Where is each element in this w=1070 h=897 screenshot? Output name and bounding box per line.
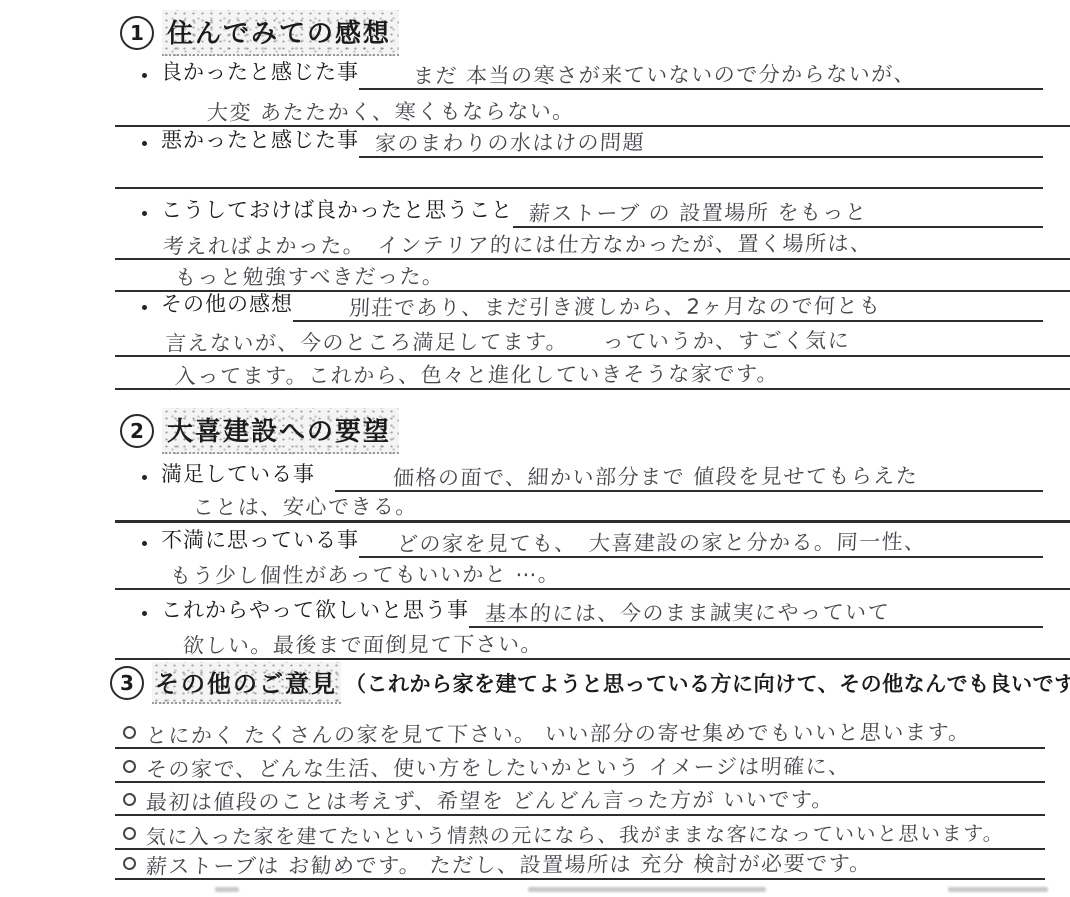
question-row-dissatisfied: 不満に思っている事 どの家を見ても、 大喜建設の家と分かる。同一性、: [140, 524, 1043, 558]
scanned-questionnaire-page: 1 住んでみての感想 良かったと感じた事 まだ 本当の寒さが来ていないので分から…: [0, 0, 1070, 897]
answer-rule: 家のまわりの水はけの問題: [359, 124, 1043, 158]
handwritten-answer: もっと勉強すべきだった。: [174, 265, 445, 288]
handwritten-answer: まだ 本当の寒さが来ていないので分からないが、: [412, 63, 916, 87]
handwritten-answer: 家のまわりの水はけの問題: [374, 131, 645, 154]
opinion-line: 最初は値段のことは考えず、希望を どんどん言った方が いいです。: [115, 779, 1045, 816]
question-label: その他の感想: [161, 288, 293, 322]
answer-rule: まだ 本当の寒さが来ていないので分からないが、: [359, 56, 1043, 90]
question-label: 良かったと感じた事: [161, 56, 359, 90]
section-1-title: 住んでみての感想: [162, 10, 399, 56]
handwritten-answer: どの家を見ても、 大喜建設の家と分かる。同一性、: [396, 531, 927, 555]
circled-number-icon: 2: [120, 414, 154, 448]
handwritten-opinion: 薪ストーブは お勧めです。 ただし、設置場所は 充分 検討が必要です。: [145, 852, 872, 877]
circle-bullet-icon: [123, 827, 136, 840]
handwritten-answer: ことは、安心できる。: [192, 495, 418, 518]
bullet-dot-icon: [142, 305, 147, 310]
handwritten-answer: 考えればよかった。 インテリア的には仕方なかったが、置く場所は、: [162, 232, 873, 257]
answer-continuation: 大変 あたたかく、寒くもならない。: [115, 91, 1070, 127]
handwritten-answer: 薪ストーブ の 設置場所 をもっと: [528, 201, 868, 225]
answer-continuation: もっと勉強すべきだった。: [115, 256, 1070, 292]
question-label: こうしておけば良かったと思うこと: [161, 194, 513, 228]
answer-rule: 基本的には、今のまま誠実にやっていて: [469, 594, 1043, 628]
question-row-bad-points: 悪かったと感じた事 家のまわりの水はけの問題: [140, 124, 1043, 158]
bullet-dot-icon: [142, 141, 147, 146]
scan-artifact: [948, 887, 1048, 892]
circle-bullet-icon: [123, 793, 136, 806]
handwritten-answer: 言えないが、今のところ満足してます。 っていうか、すごく気に: [164, 329, 851, 354]
answer-continuation: 考えればよかった。 インテリア的には仕方なかったが、置く場所は、: [115, 224, 1070, 260]
answer-rule: 薪ストーブ の 設置場所 をもっと: [513, 194, 1043, 228]
handwritten-answer: 入ってます。これから、色々と進化していきそうな家です。: [174, 363, 779, 388]
scan-artifact: [528, 887, 766, 892]
opinion-line: 薪ストーブは お勧めです。 ただし、設置場所は 充分 検討が必要です。: [115, 843, 1045, 880]
bullet-dot-icon: [142, 611, 147, 616]
answer-continuation: 言えないが、今のところ満足してます。 っていうか、すごく気に: [115, 321, 1070, 357]
handwritten-opinion: その家で、どんな生活、使い方をしたいかという イメージは明確に、: [145, 755, 851, 780]
answer-rule: どの家を見ても、 大喜建設の家と分かる。同一性、: [359, 524, 1043, 558]
answer-continuation: 欲しい。最後まで面倒見て下さい。: [115, 624, 1070, 660]
section-1-heading: 1 住んでみての感想: [120, 10, 399, 56]
answer-continuation: もう少し個性があってもいいかと ⋯。: [115, 554, 1070, 590]
section-3-subtitle: （これから家を建てようと思っている方に向けて、その他なんでも良いです）: [345, 668, 1070, 698]
question-label: 不満に思っている事: [161, 524, 359, 558]
answer-continuation: 入ってます。これから、色々と進化していきそうな家です。: [115, 354, 1070, 390]
bullet-dot-icon: [142, 541, 147, 546]
opinion-line: とにかく たくさんの家を見て下さい。 いい部分の寄せ集めでもいいと思います。: [115, 711, 1045, 749]
section-2-title: 大喜建設への要望: [162, 408, 399, 454]
circle-bullet-icon: [123, 760, 136, 773]
bullet-dot-icon: [142, 475, 147, 480]
handwritten-answer: 別荘であり、まだ引き渡しから、2ヶ月なので何とも: [348, 295, 882, 319]
circle-bullet-icon: [123, 726, 136, 739]
bullet-dot-icon: [142, 73, 147, 78]
bullet-dot-icon: [142, 211, 147, 216]
circle-bullet-icon: [123, 857, 136, 870]
question-row-other-impressions: その他の感想 別荘であり、まだ引き渡しから、2ヶ月なので何とも: [140, 288, 1043, 322]
handwritten-answer: 基本的には、今のまま誠実にやっていて: [484, 601, 890, 625]
circled-number-icon: 1: [120, 16, 154, 50]
section-3-title: その他のご意見: [152, 662, 341, 704]
opinion-line: その家で、どんな生活、使い方をしたいかという イメージは明確に、: [115, 746, 1045, 783]
question-row-future-requests: これからやって欲しいと思う事 基本的には、今のまま誠実にやっていて: [140, 594, 1043, 628]
handwritten-answer: 価格の面で、細かい部分まで 値段を見せてもらえた: [392, 465, 918, 489]
handwritten-answer: もう少し個性があってもいいかと ⋯。: [169, 563, 561, 587]
answer-continuation: ことは、安心できる。: [115, 487, 1070, 523]
question-label: 悪かったと感じた事: [161, 124, 359, 158]
blank-ruled-line: [115, 154, 1043, 189]
answer-rule: 別荘であり、まだ引き渡しから、2ヶ月なので何とも: [293, 288, 1043, 322]
circled-number-icon: 3: [110, 666, 144, 700]
section-2-heading: 2 大喜建設への要望: [120, 408, 399, 454]
handwritten-answer: 欲しい。最後まで面倒見て下さい。: [182, 633, 543, 657]
question-row-should-have-done: こうしておけば良かったと思うこと 薪ストーブ の 設置場所 をもっと: [140, 194, 1043, 228]
handwritten-opinion: とにかく たくさんの家を見て下さい。 いい部分の寄せ集めでもいいと思います。: [145, 721, 971, 747]
handwritten-opinion: 最初は値段のことは考えず、希望を どんどん言った方が いいです。: [145, 788, 834, 813]
question-label: これからやって欲しいと思う事: [161, 594, 469, 628]
handwritten-answer: 大変 あたたかく、寒くもならない。: [206, 100, 575, 124]
question-row-good-points: 良かったと感じた事 まだ 本当の寒さが来ていないので分からないが、: [140, 56, 1043, 90]
section-3-heading: 3 その他のご意見 （これから家を建てようと思っている方に向けて、その他なんでも…: [110, 662, 1070, 704]
scan-artifact: [215, 887, 239, 892]
